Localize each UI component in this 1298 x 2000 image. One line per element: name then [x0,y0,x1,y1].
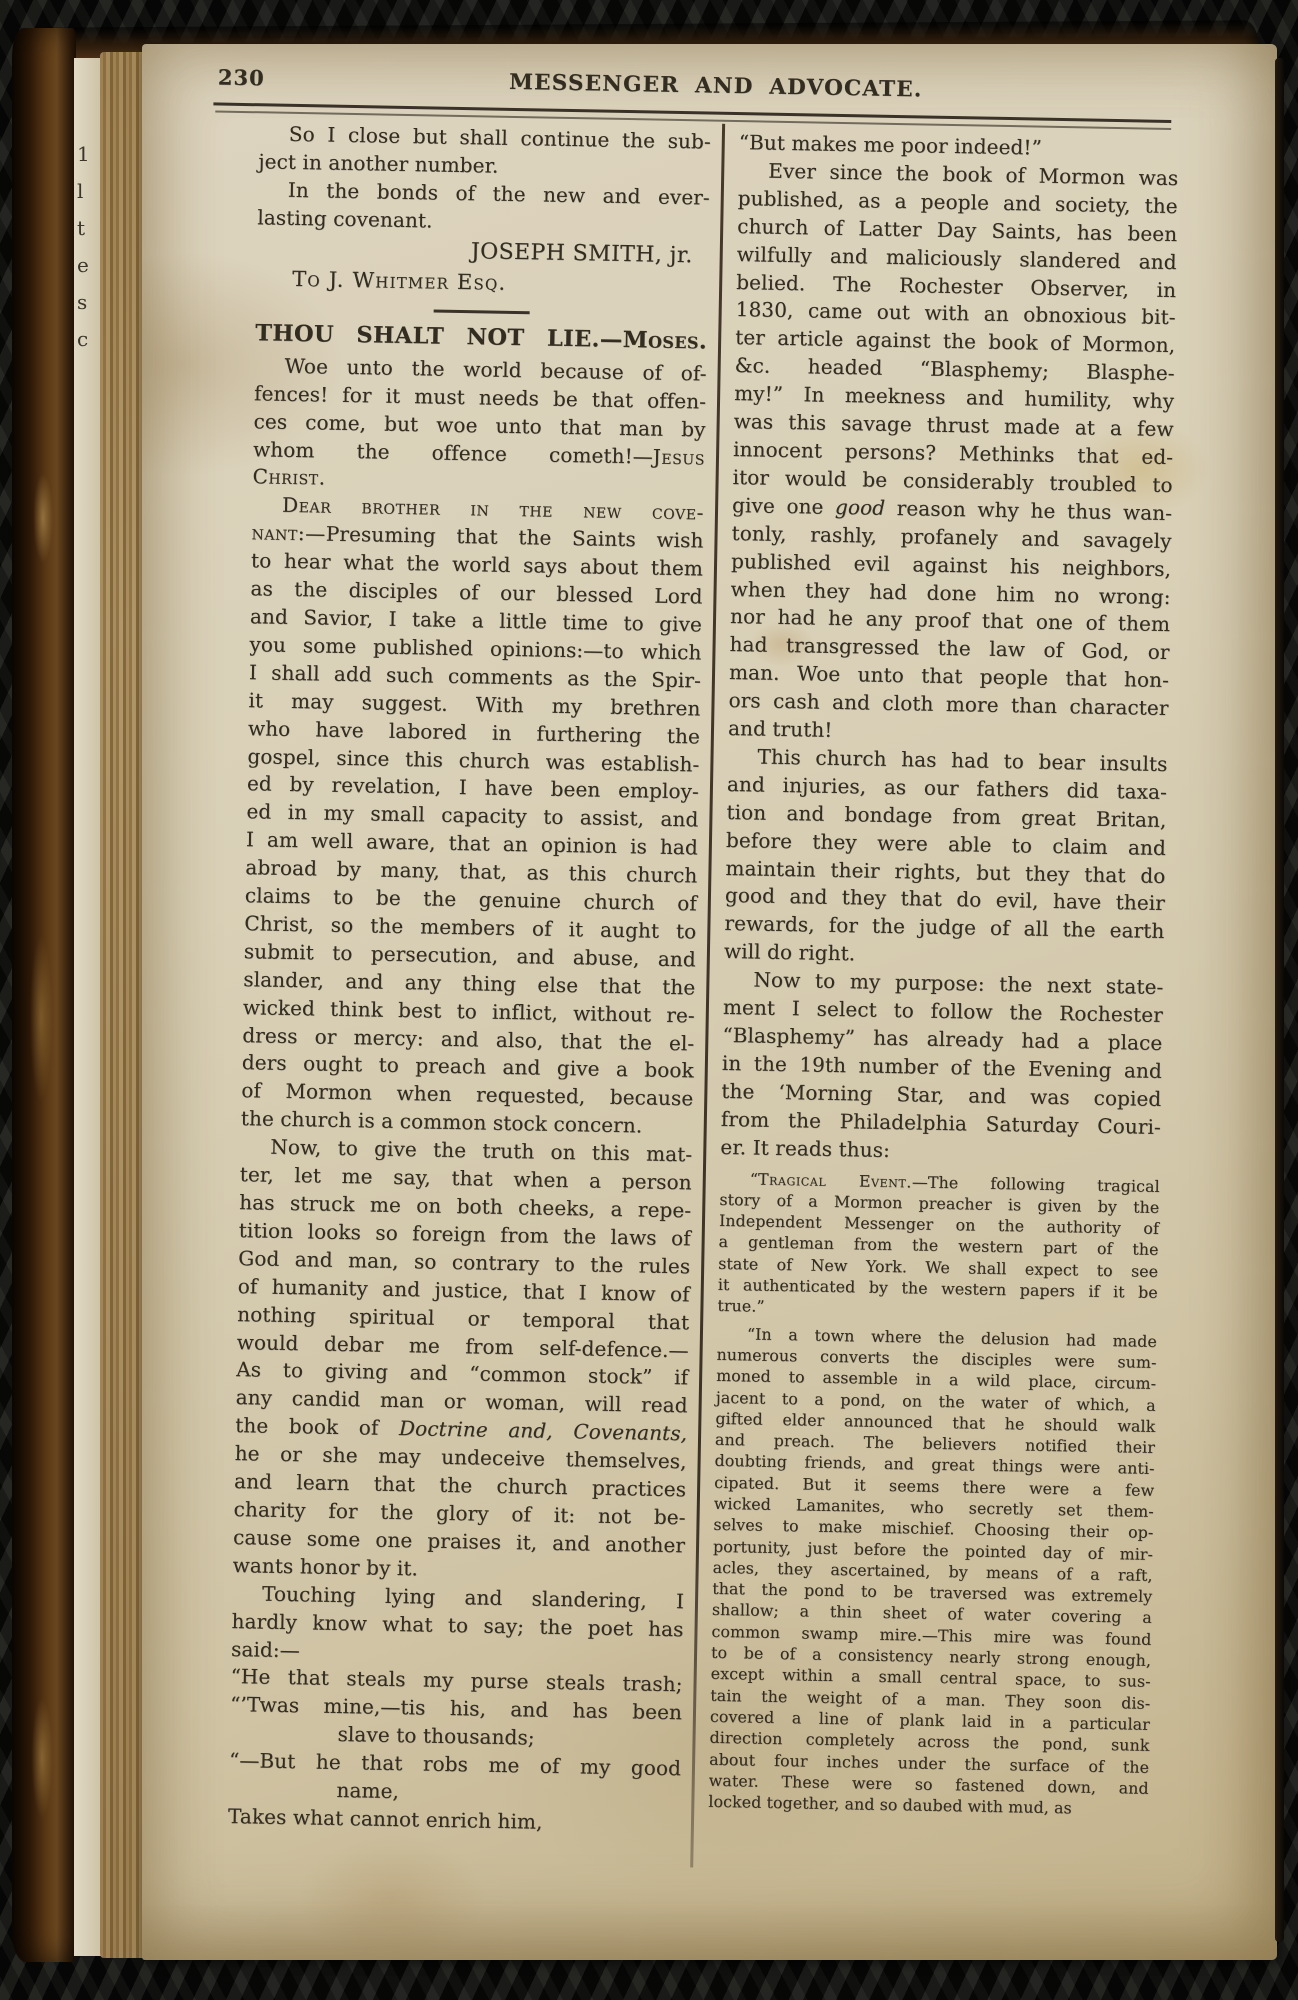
it-text: good [835,495,886,520]
edge-letter: t [77,216,101,253]
plain-text: Presuming that the Saints wish [326,522,704,553]
plain-text: “But makes me poor indeed!” [739,130,1043,160]
edge-letter: s [77,290,101,327]
plain-text: locked together, and so daubed with mud,… [708,1792,1072,1818]
running-header: 230 MESSENGER AND ADVOCATE. [159,51,1212,118]
plain-text: said:— [231,1637,300,1662]
plain-text: the book of [235,1413,399,1440]
plain-text: Woe unto the world because of of- [284,354,706,386]
previous-page-strip: 1ltesc [74,58,101,1956]
right-column: “But makes me poor indeed!”Ever since th… [708,129,1179,1848]
page-fore-edge-stack [100,52,146,1958]
page-right-edge-shadow [1275,58,1284,1942]
plain-text: —The following tragical [912,1172,1160,1196]
paragraph: Ever since the book of Mormon waspublish… [728,157,1179,751]
paragraph: Dear brother in the new cove-nant:—Presu… [241,492,705,1142]
plain-text: Takes what cannot enrich him, [228,1804,543,1834]
plain-text: and truth! [728,716,833,742]
paragraph: “He that steals my purse steals trash;“’… [228,1663,683,1839]
sc-text: Dear brother in the new cove- [282,493,704,525]
plain-text: In the bonds of the new and ever- [288,178,710,210]
book-spine [12,28,76,1962]
sc-text: Christ. [252,465,326,490]
sc-text: Tragical Event. [758,1169,912,1191]
paragraph: “In a town where the delusion had madenu… [708,1322,1157,1820]
plain-text: So I close but shall continue the sub- [289,122,711,154]
plain-text: wants honor by it. [232,1553,418,1580]
sc-text: nant:— [251,520,326,545]
edge-letter: c [77,327,101,364]
paragraph: This church has had to bear insultsand i… [724,743,1168,974]
plain-text: Touching lying and slandering, I [262,1581,684,1613]
photo-background: { "page_header": { "page_number": "230",… [0,0,1298,2000]
plain-text: slave to thousands; [337,1722,535,1750]
spine-wear [28,1678,56,1838]
paragraph: “Tragical Event.—The following tragicals… [717,1167,1160,1324]
paragraph: In the bonds of the new and ever-lasting… [257,176,710,240]
paragraph: So I close but shall continue the sub-je… [258,120,711,184]
spine-wear [26,908,56,1128]
plain-text: lasting covenant. [257,205,433,232]
left-column: So I close but shall continue the sub-je… [228,120,711,1839]
book-page: 230 MESSENGER AND ADVOCATE. So I close b… [142,44,1277,1960]
sc-text: Jesus [653,444,706,469]
publication-title: MESSENGER AND ADVOCATE. [220,65,1212,108]
plain-text: This church has had to bear insults [757,744,1167,776]
plain-text: true.” [717,1296,764,1316]
section-rule [434,309,530,314]
plain-text: Ever since the book of Mormon was [768,159,1178,191]
plain-text: reason why he thus wan- [885,496,1172,525]
plain-text: Now to my purpose: the next state- [753,968,1163,1000]
paragraph: Now to my purpose: the next state-ment I… [720,966,1164,1169]
edge-letters: 1ltesc [77,142,101,364]
it-text: Doctrine and, Covenants, [399,1416,688,1445]
plain-text: er. It reads thus: [720,1135,890,1162]
plain-text: will do right. [724,939,856,965]
plain-text: whom the offence cometh!— [253,437,653,468]
plain-text: Now, to give the truth on this mat- [270,1135,692,1167]
plain-text: name, [336,1778,399,1803]
printed-content: 230 MESSENGER AND ADVOCATE. So I close b… [159,51,1212,118]
edge-letter: l [77,179,101,216]
paragraph: Touching lying and slandering, Ihardly k… [231,1580,684,1672]
text-columns: So I close but shall continue the sub-je… [228,120,1179,1847]
plain-text: give one [732,493,835,519]
spine-wear [30,458,56,578]
paragraph: Now, to give the truth on this mat-ter, … [232,1133,692,1588]
plain-text: the church is a common stock concern. [241,1106,643,1137]
paragraph: Woe unto the world because of of-fences!… [252,352,706,500]
article-heading: THOU SHALT NOT LIE.—Moses. [255,318,707,357]
plain-text: ject in another number. [258,149,499,177]
edge-letter: 1 [77,142,101,179]
edge-letter: e [77,253,101,290]
